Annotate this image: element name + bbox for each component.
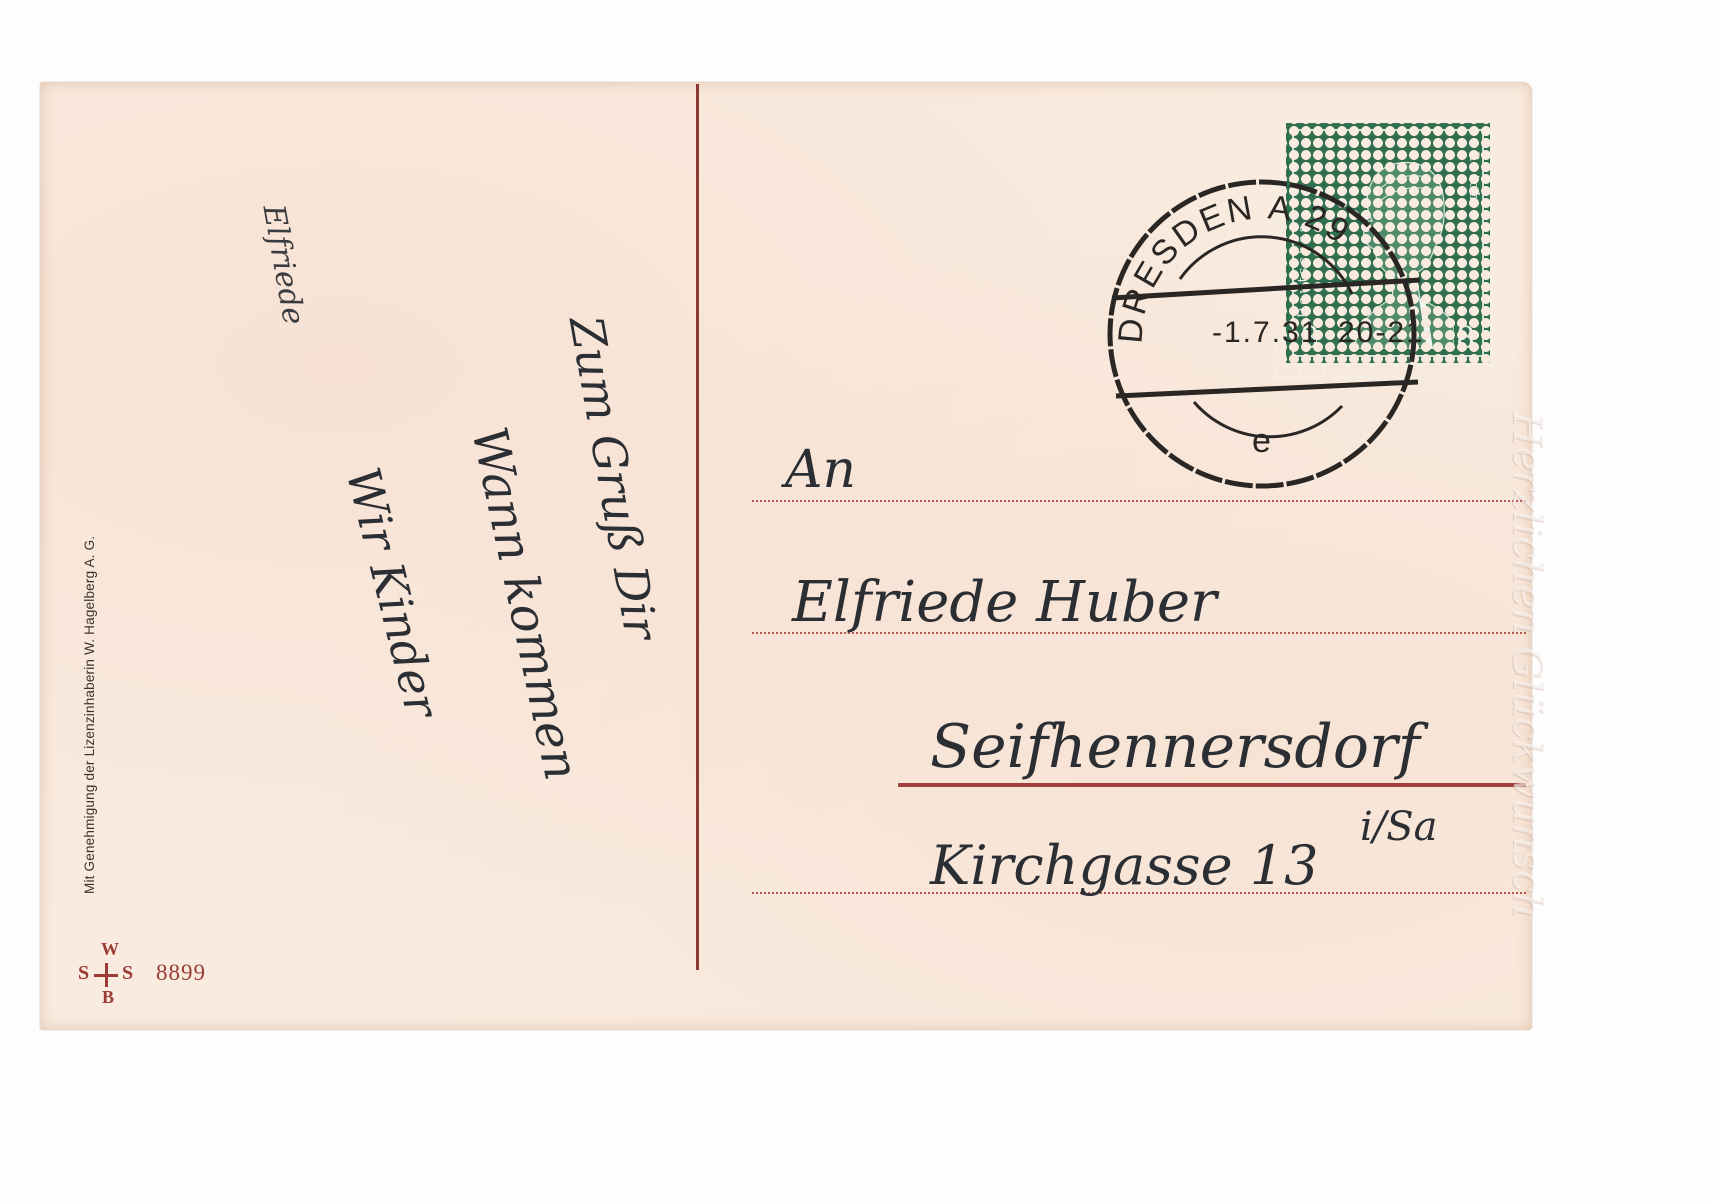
message-line: Zum Gruß Dir	[559, 312, 669, 644]
publisher-logo-bottom: B	[102, 987, 114, 1008]
postcard: Mit Genehmigung der Lizenzinhaberin W. H…	[40, 82, 1532, 1030]
cross-icon-vertical	[105, 963, 108, 987]
address-region: i/Sa	[1360, 804, 1438, 850]
address-line	[752, 500, 1526, 502]
publisher-logo-left: S	[78, 962, 89, 985]
embossed-greeting: Herzlichen Glückwunsch	[1480, 412, 1550, 932]
message-line: Wann kommen	[460, 422, 589, 785]
address-town-underline	[898, 783, 1526, 787]
postmark-time: 20-21	[1338, 316, 1425, 350]
publisher-logo-top: W	[101, 939, 119, 960]
center-divider	[696, 84, 699, 970]
message-sender: Elfriede	[256, 202, 312, 327]
postmark-date: -1.7.31	[1212, 316, 1319, 350]
stamp-country-right: Reich	[1466, 151, 1481, 203]
address-street: Kirchgasse 13	[930, 834, 1318, 897]
series-number: 8899	[156, 960, 206, 986]
publisher-logo: W S S B	[78, 939, 142, 1015]
address-recipient: Elfriede Huber	[792, 570, 1217, 635]
address-salutation: An	[785, 440, 856, 500]
postmark-code: e	[1252, 422, 1273, 461]
publisher-note: Mit Genehmigung der Lizenzinhaberin W. H…	[82, 536, 97, 894]
message-line: Wir Kinder	[336, 462, 450, 723]
publisher-logo-right: S	[122, 962, 133, 985]
stamp-value: 8	[1456, 321, 1475, 356]
address-town: Seifhennersdorf	[930, 712, 1420, 782]
postmark: DRESDEN A 29 -1.7.31 20-21 e	[1102, 174, 1422, 494]
